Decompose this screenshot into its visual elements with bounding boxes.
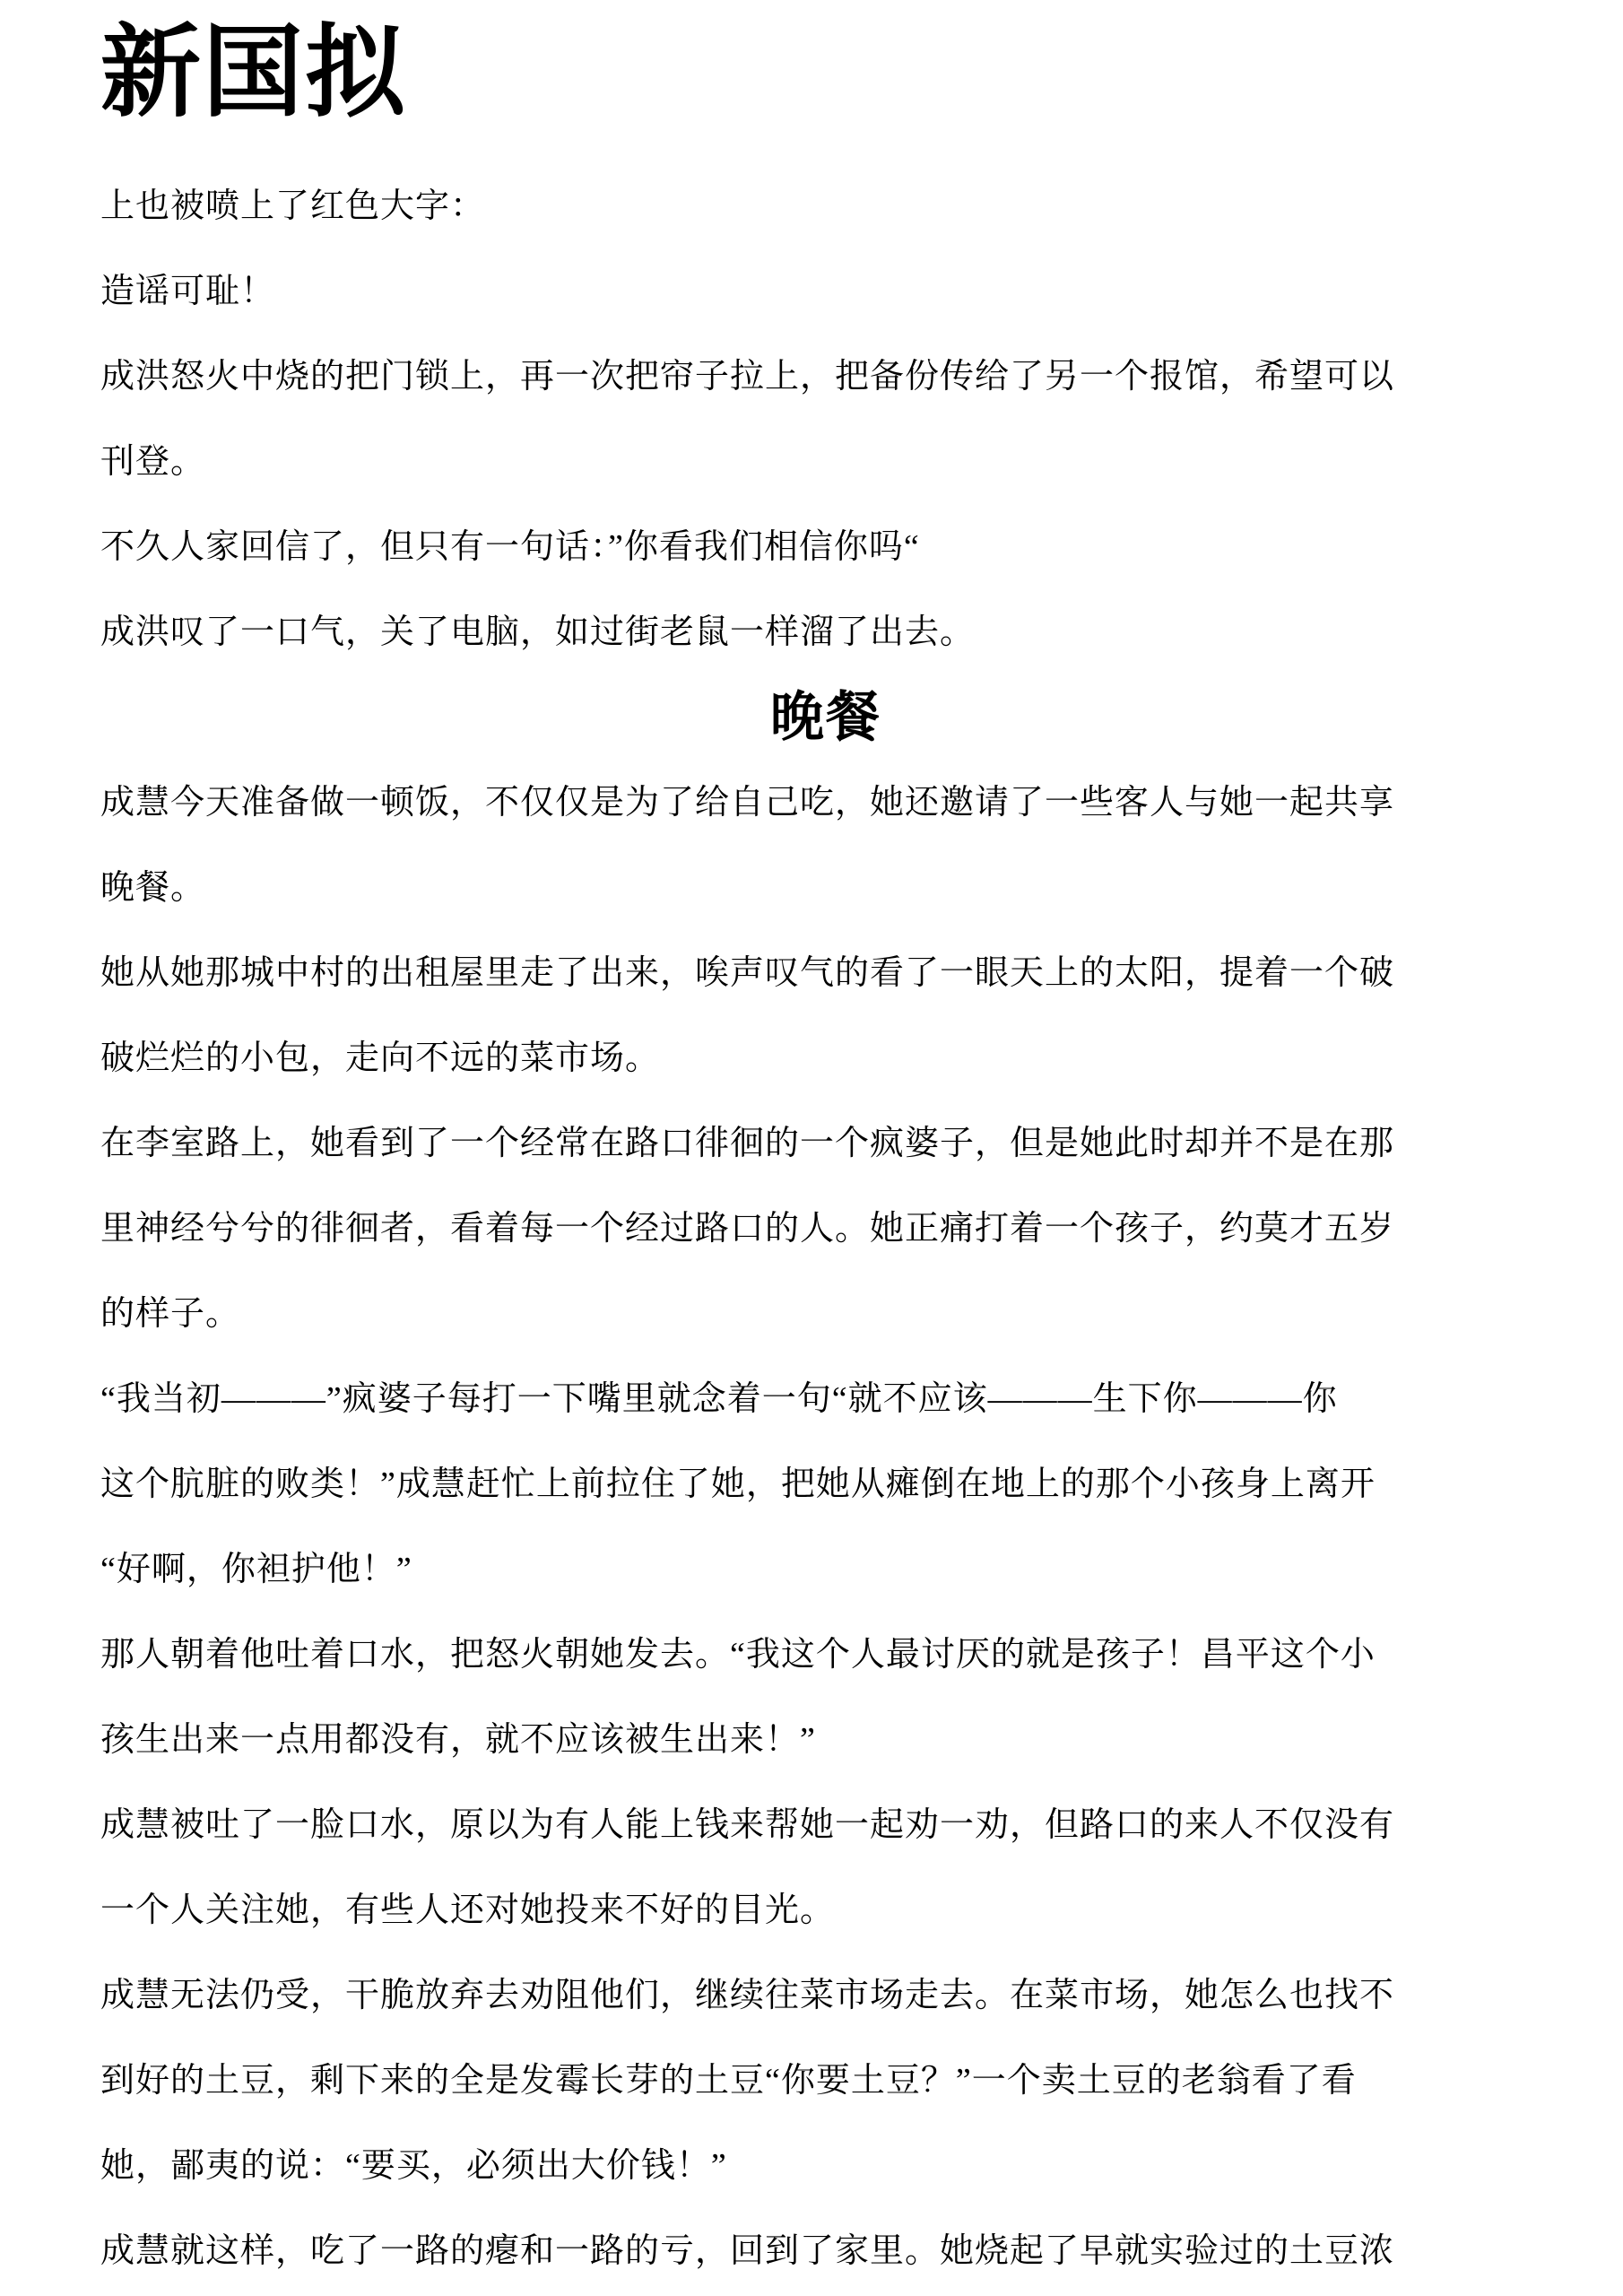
text-line: 一个人关注她，有些人还对她投来不好的目光。: [100, 1868, 1551, 1953]
text-line: 那人朝着他吐着口水，把怒火朝她发去。“我这个人最讨厌的就是孩子！昌平这个小: [100, 1613, 1551, 1698]
text-line: 成洪叹了一口气，关了电脑，如过街老鼠一样溜了出去。: [100, 590, 1551, 675]
text-line: 不久人家回信了，但只有一句话：”你看我们相信你吗“: [100, 505, 1551, 590]
text-line: 晚餐。: [100, 846, 1551, 931]
document-page: 新国拟 上也被喷上了红色大字：造谣可耻！成洪怒火中烧的把门锁上，再一次把帘子拉上…: [0, 0, 1623, 2296]
text-line: 成洪怒火中烧的把门锁上，再一次把帘子拉上，把备份传给了另一个报馆，希望可以: [100, 335, 1551, 420]
text-line: “好啊，你袒护他！”: [100, 1527, 1551, 1613]
text-line: 孩生出来一点用都没有，就不应该被生出来！”: [100, 1698, 1551, 1783]
text-line: 成慧今天准备做一顿饭，不仅仅是为了给自己吃，她还邀请了一些客人与她一起共享: [100, 761, 1551, 846]
page-title: 新国拟: [100, 0, 1551, 128]
text-line: 上也被喷上了红色大字：: [100, 164, 1551, 249]
text-line: 她从她那城中村的出租屋里走了出来，唉声叹气的看了一眼天上的太阳，提着一个破: [100, 931, 1551, 1016]
text-line: 的样子。: [100, 1272, 1551, 1357]
text-line: 成慧就这样，吃了一路的瘪和一路的亏，回到了家里。她烧起了早就实验过的土豆浓: [100, 2209, 1551, 2294]
text-line: 破烂烂的小包，走向不远的菜市场。: [100, 1016, 1551, 1101]
text-line: 在李室路上，她看到了一个经常在路口徘徊的一个疯婆子，但是她此时却并不是在那: [100, 1101, 1551, 1187]
text-line: 造谣可耻！: [100, 249, 1551, 335]
section-heading: 晚餐: [100, 675, 1551, 761]
text-line: 这个肮脏的败类！”成慧赶忙上前拉住了她，把她从瘫倒在地上的那个小孩身上离开: [100, 1442, 1551, 1527]
text-line: 里神经兮兮的徘徊者，看着每一个经过路口的人。她正痛打着一个孩子，约莫才五岁: [100, 1187, 1551, 1272]
text-line: 成慧被吐了一脸口水，原以为有人能上钱来帮她一起劝一劝，但路口的来人不仅没有: [100, 1783, 1551, 1868]
text-line: 到好的土豆，剩下来的全是发霉长芽的土豆“你要土豆？”一个卖土豆的老翁看了看: [100, 2039, 1551, 2124]
text-line: “我当初———”疯婆子每打一下嘴里就念着一句“就不应该———生下你———你: [100, 1357, 1551, 1442]
text-line: 成慧无法仍受，干脆放弃去劝阻他们，继续往菜市场走去。在菜市场，她怎么也找不: [100, 1953, 1551, 2039]
text-line: 刊登。: [100, 420, 1551, 505]
document-body: 上也被喷上了红色大字：造谣可耻！成洪怒火中烧的把门锁上，再一次把帘子拉上，把备份…: [100, 164, 1551, 2294]
text-line: 她，鄙夷的说：“要买，必须出大价钱！”: [100, 2124, 1551, 2209]
